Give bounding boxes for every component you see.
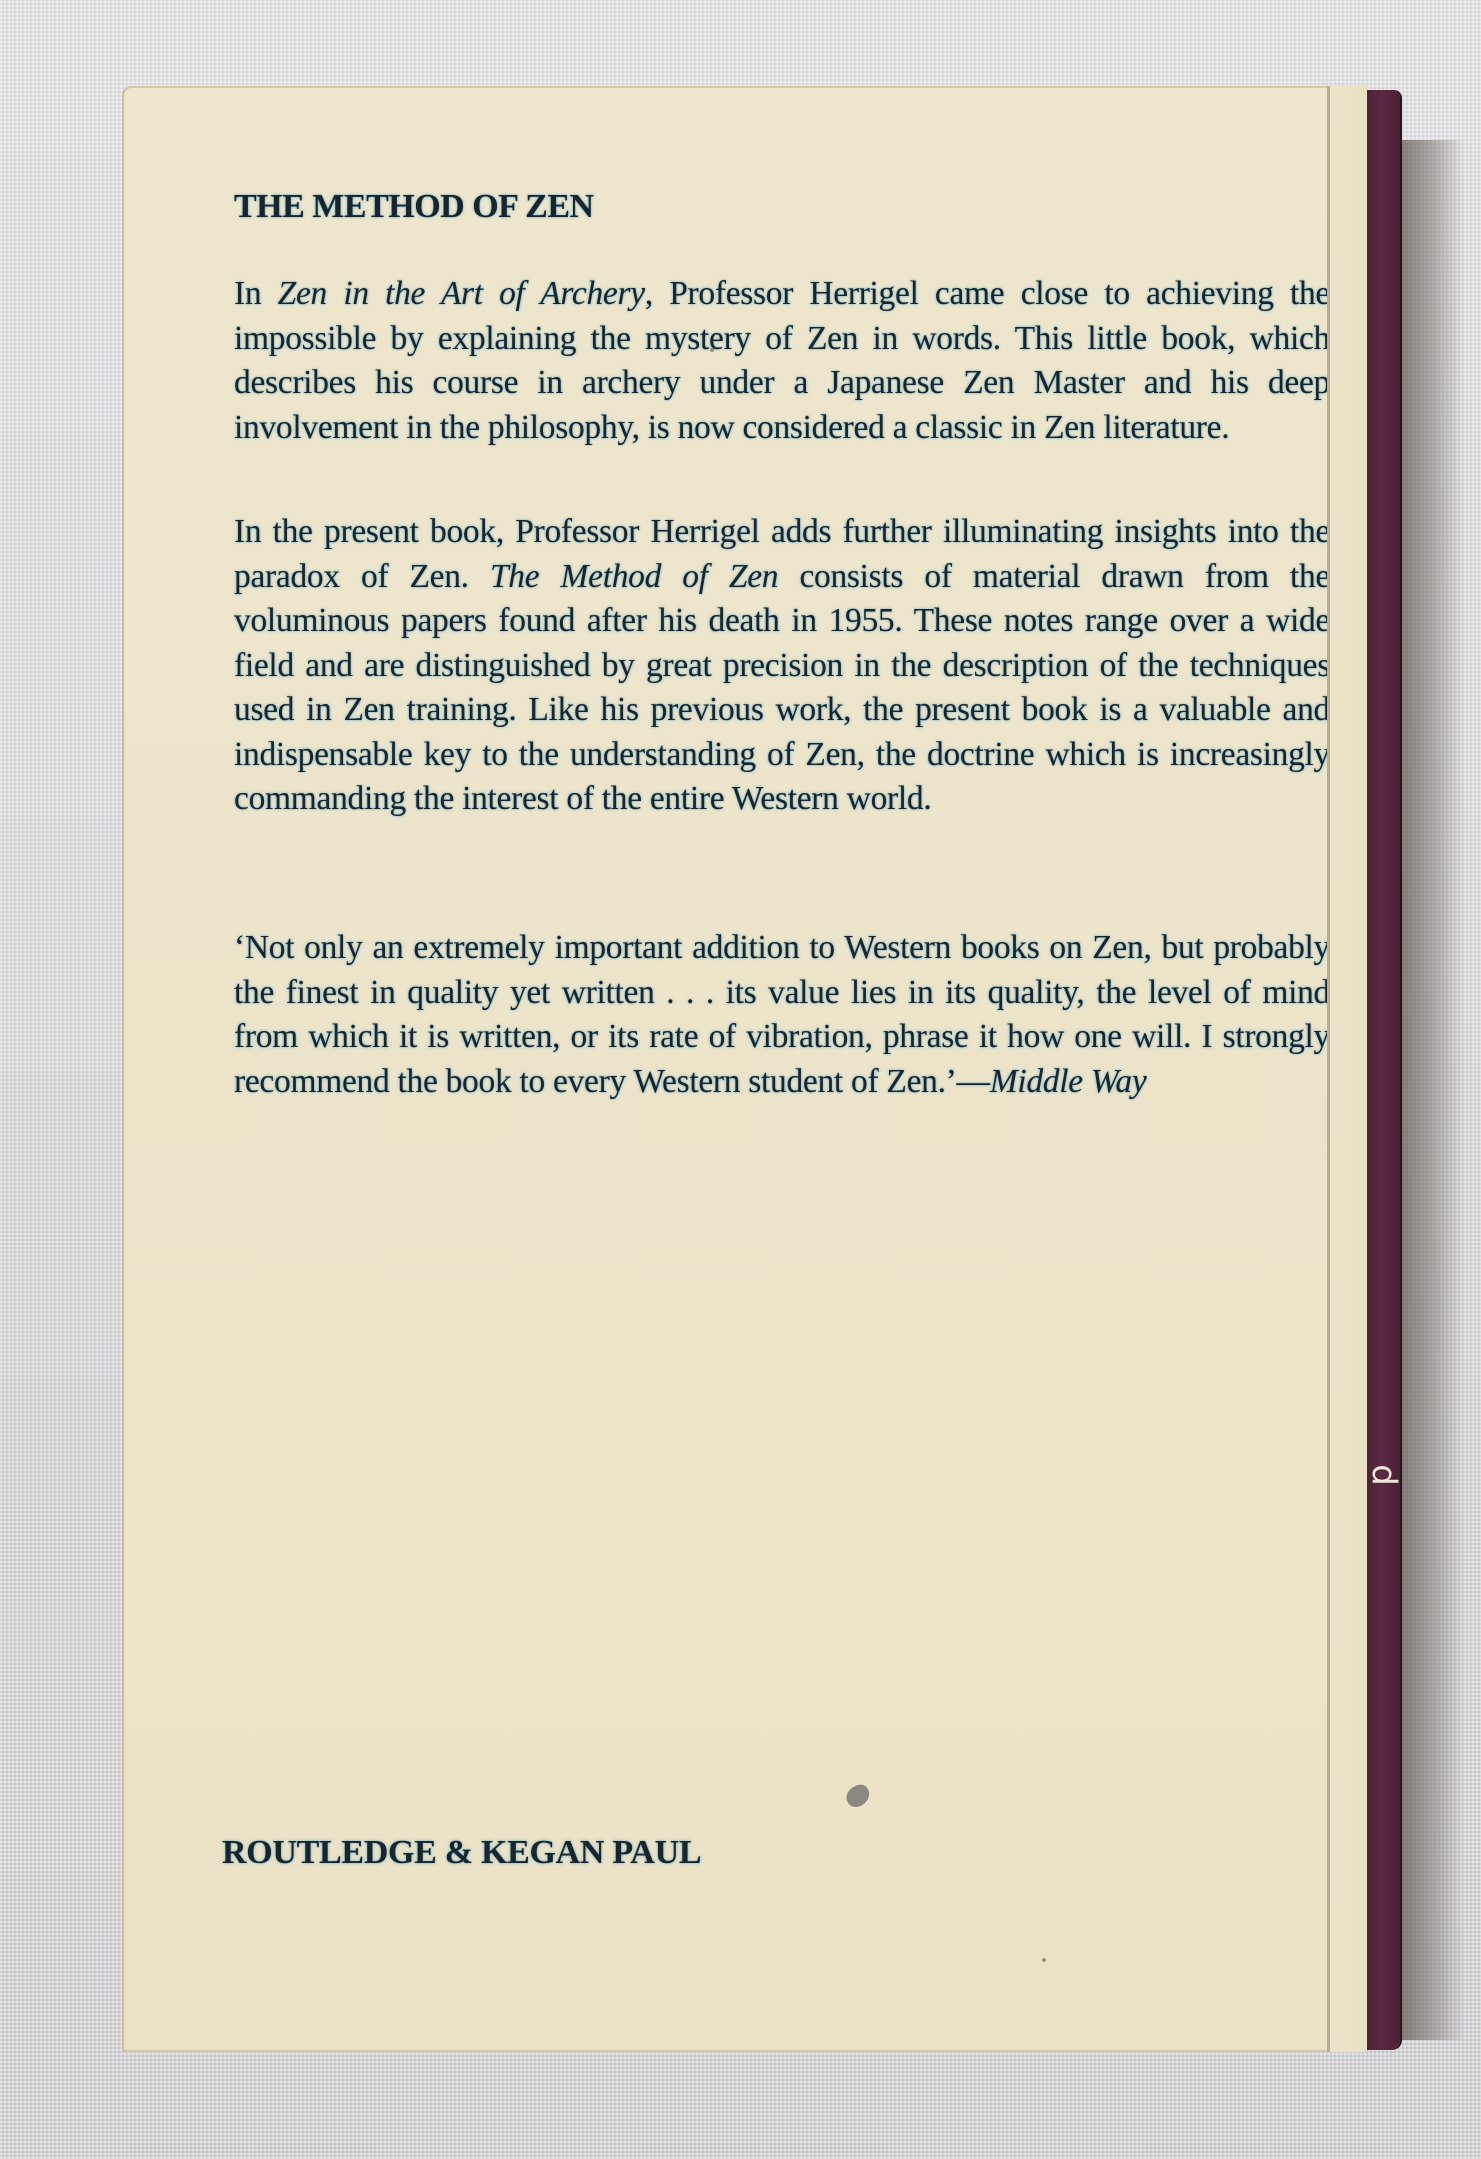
quote-source: Middle Way bbox=[990, 1063, 1147, 1100]
spine-letter: d bbox=[1364, 1459, 1404, 1492]
book-spine bbox=[1367, 90, 1400, 2050]
text-segment: consists of material drawn from the volu… bbox=[234, 558, 1330, 818]
cover-speck bbox=[1042, 1958, 1046, 1962]
book-shadow bbox=[1395, 140, 1465, 2040]
review-quote: ‘Not only an extremely important additio… bbox=[234, 926, 1330, 1104]
quote-text: ‘Not only an extremely important additio… bbox=[234, 929, 1330, 1100]
cover-speck bbox=[710, 348, 714, 352]
cover-panel: THE METHOD OF ZEN In Zen in the Art of A… bbox=[122, 86, 1327, 2052]
book-back-cover: THE METHOD OF ZEN In Zen in the Art of A… bbox=[122, 86, 1400, 2052]
book-title-italic: Zen in the Art of Archery bbox=[278, 275, 645, 312]
publisher-name: ROUTLEDGE & KEGAN PAUL bbox=[222, 1834, 701, 1872]
text-segment: In bbox=[234, 275, 278, 312]
book-title-italic: The Method of Zen bbox=[490, 558, 778, 595]
cover-blemish bbox=[843, 1781, 874, 1810]
cover-flap-strip bbox=[1330, 86, 1367, 2052]
blurb-paragraph-1: In Zen in the Art of Archery, Professor … bbox=[234, 272, 1330, 450]
cover-heading: THE METHOD OF ZEN bbox=[234, 188, 594, 226]
blurb-paragraph-2: In the present book, Professor Herrigel … bbox=[234, 510, 1330, 822]
